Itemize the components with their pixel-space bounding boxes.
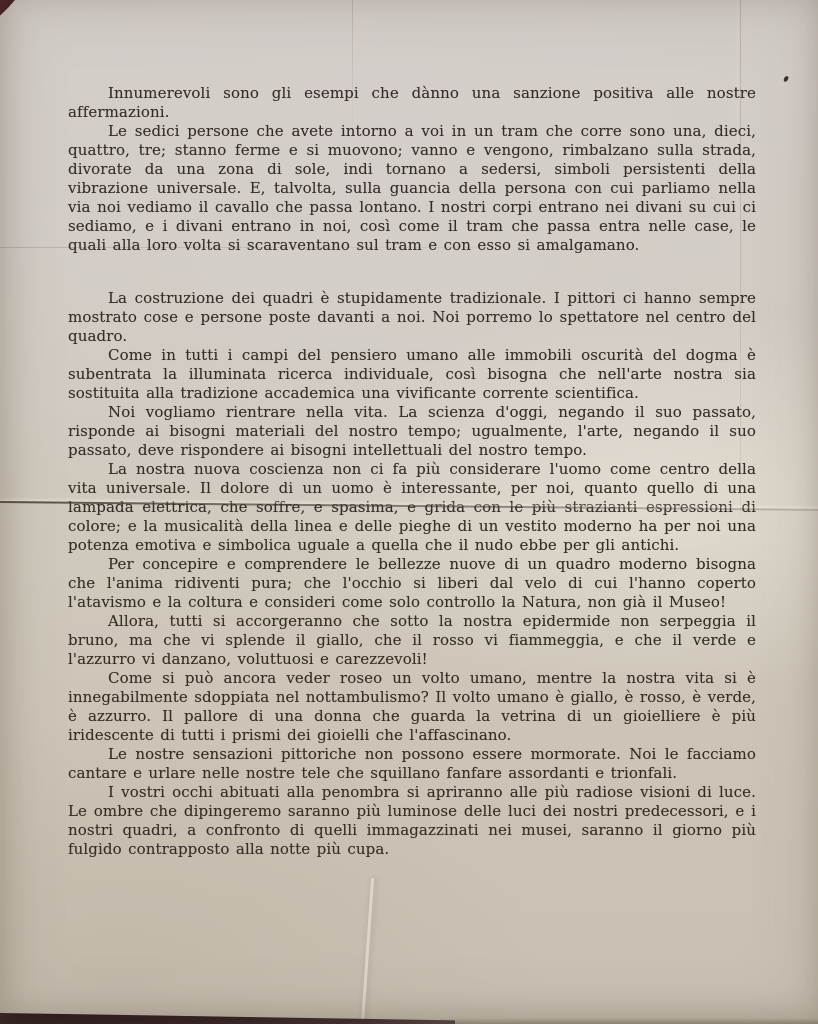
- manifesto-paragraph: Noi vogliamo rientrare nella vita. La sc…: [68, 403, 756, 460]
- manifesto-paragraph: Come in tutti i campi del pensiero umano…: [68, 346, 756, 403]
- manifesto-paragraph: Come si può ancora veder roseo un volto …: [68, 669, 756, 745]
- manifesto-paragraph: Le sedici persone che avete intorno a vo…: [68, 122, 756, 255]
- manifesto-paragraph: La costruzione dei quadri è stupidamente…: [68, 289, 756, 346]
- manifesto-paragraph: Innumerevoli sono gli esempi che dànno u…: [68, 84, 756, 122]
- paper-bottom-edge-fade: [440, 1018, 818, 1024]
- ink-speck: [783, 75, 789, 82]
- background-corner-mark-top-left: [0, 0, 15, 17]
- manifesto-paragraph: La nostra nuova coscienza non ci fa più …: [68, 460, 756, 555]
- scanned-document-photo: Innumerevoli sono gli esempi che dànno u…: [0, 0, 818, 1024]
- paper-bottom-edge-shadow: [0, 1011, 455, 1024]
- manifesto-paragraph: Allora, tutti si accorgeranno che sotto …: [68, 612, 756, 669]
- manifesto-text-block: Innumerevoli sono gli esempi che dànno u…: [68, 84, 756, 859]
- manifesto-paragraph: Le nostre sensazioni pittoriche non poss…: [68, 745, 756, 783]
- manifesto-paragraph: I vostri occhi abituati alla penombra si…: [68, 783, 756, 859]
- manifesto-paragraph: Per concepire e comprendere le bellezze …: [68, 555, 756, 612]
- paper-wrinkle-bottom: [361, 878, 374, 1024]
